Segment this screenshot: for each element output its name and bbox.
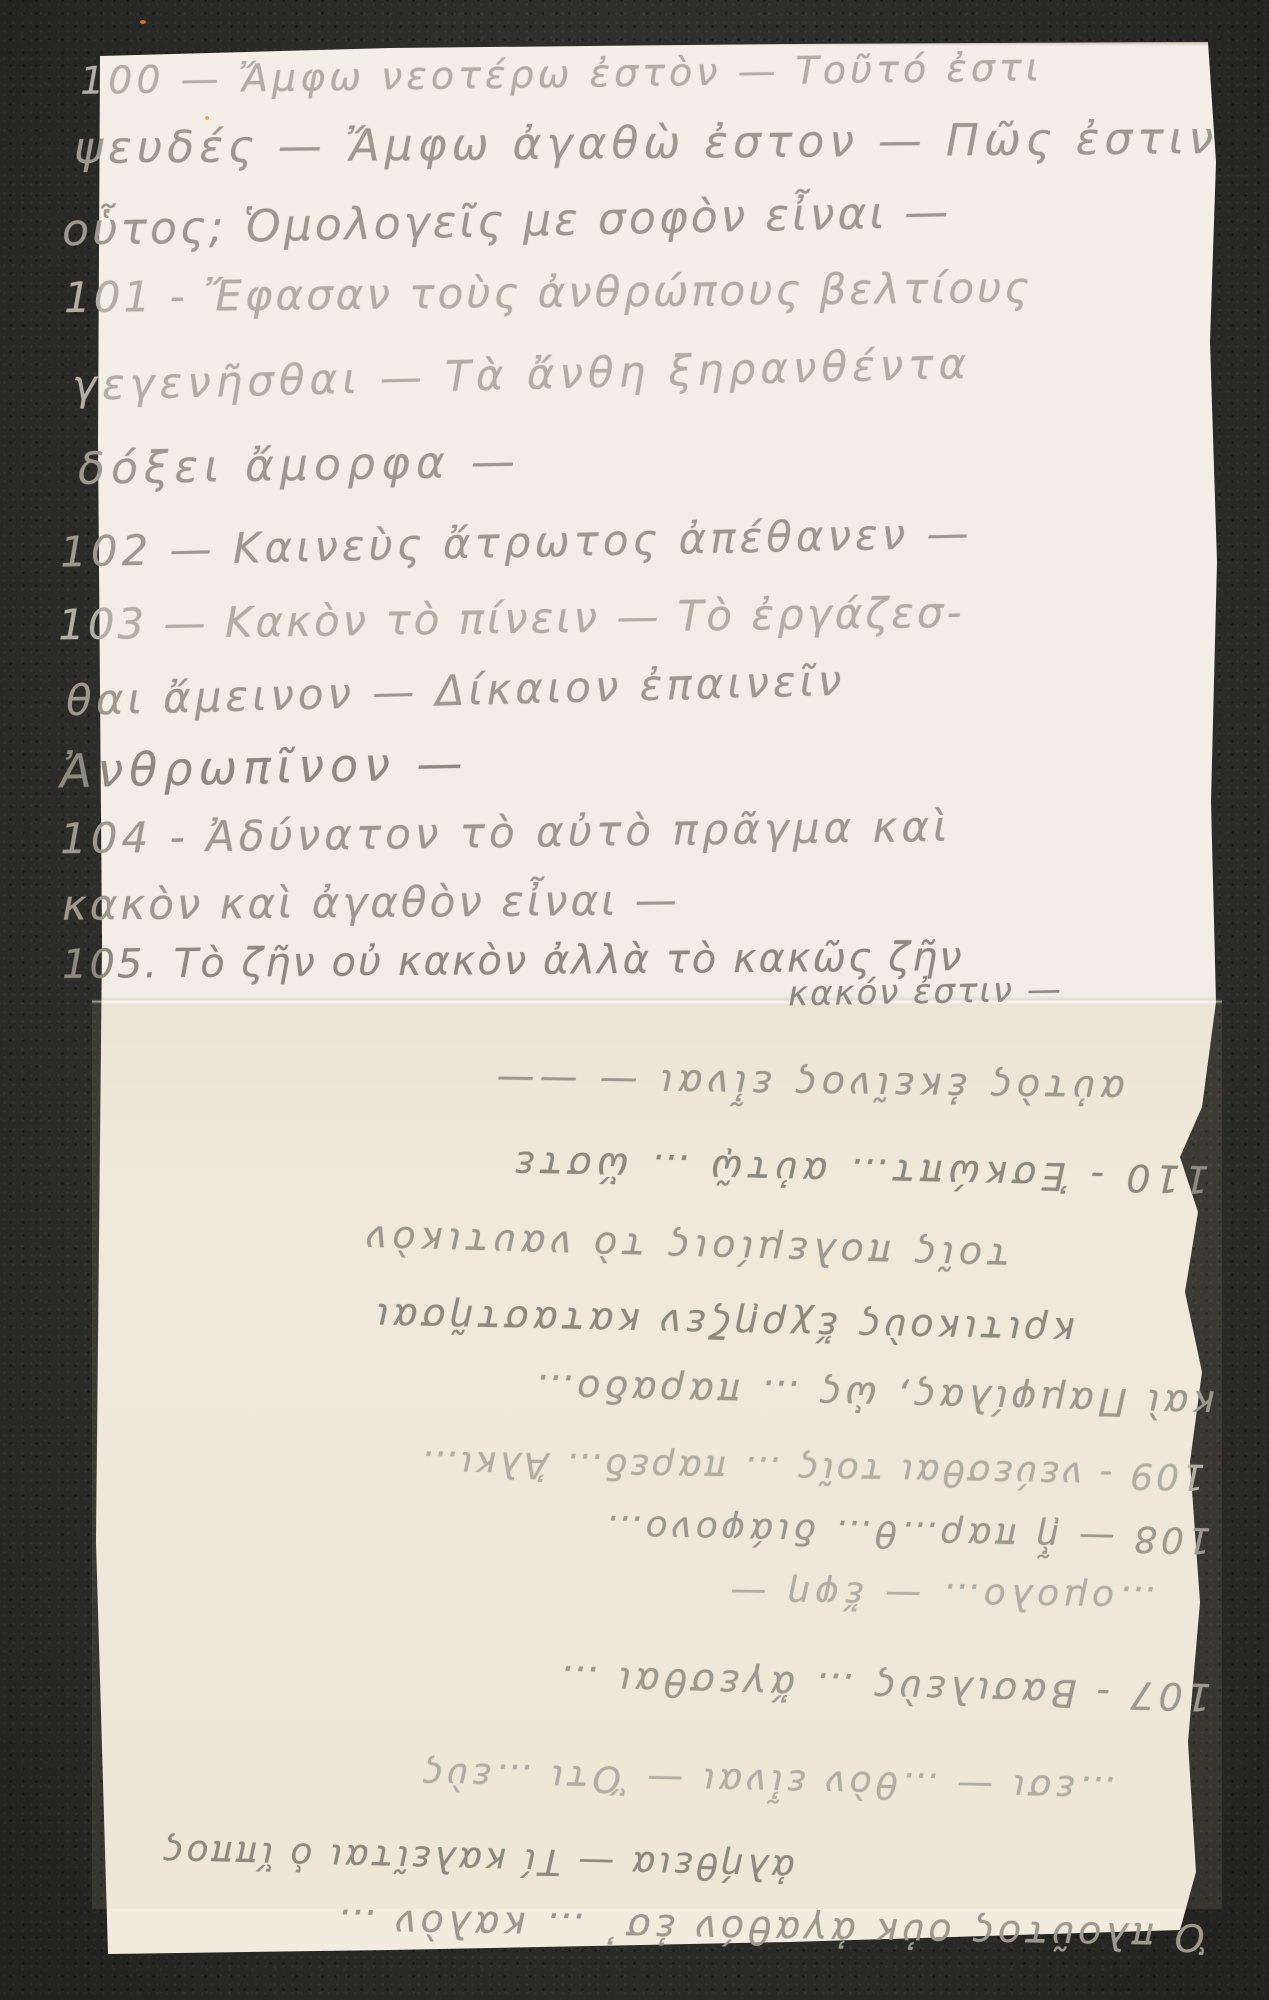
paper-fleck [205, 116, 209, 120]
manuscript-line-rotated: …εσι — …θὸν εἶναι — Ὅτι …εὺς [418, 1754, 1116, 1810]
manuscript-line-rotated: τοῖς πολεμίοις τὸ ναυτικὸν [360, 1217, 1010, 1279]
manuscript-line: ψευδές — Ἄμφω ἀγαθὼ ἐστον — Πῶς ἐστιν [74, 113, 1219, 174]
manuscript-line-rotated: κριτικοὺς ἔχρῃζεν καταστῆσαι [371, 1295, 1075, 1354]
rotated-manuscript-block: Ὁ πλοῦτος οὐκ ἀγαθόν ἐσ᾽ … καλὸν … ἀλήθε… [95, 1002, 1215, 1952]
dust-speck [140, 20, 146, 24]
manuscript-line-rotated: 108 — ᾗ παρ…θ… διάφονο… [601, 1507, 1211, 1561]
manuscript-line: δόξει ἄμορφα — [78, 436, 522, 495]
manuscript-line: κακὸν καὶ ἀγαθὸν εἶναι — [62, 875, 680, 929]
manuscript-line-rotated: αὐτὸς ἐκεῖνος εἶναι — —— [491, 1059, 1125, 1112]
manuscript-line: Ἀνθρωπῖνον — [59, 736, 468, 799]
manuscript-line-rotated: 107 - Βασιλεὺς … ἄγεσθαι … [555, 1657, 1211, 1719]
manuscript-line: 101 - Ἔφασαν τοὺς ἀνθρώπους βελτίους [64, 263, 1032, 322]
manuscript-line-rotated: 109 - νεύεσθαι τοῖς … παρεδ… Ἀλκι… [418, 1442, 1206, 1497]
manuscript-line-rotated: ἀλήθεια — Τί καλεῖται ὁ ἵππος [159, 1831, 796, 1888]
manuscript-line-rotated: Ὁ πλοῦτος οὐκ ἀγαθόν ἐσ᾽ … καλὸν … [333, 1900, 1207, 1959]
manuscript-line-rotated: 110 - Ἐσκώπτ… αὐτῷ … ὥστε [509, 1143, 1210, 1202]
manuscript-line-rotated: …ομολο… — ἔφη — [725, 1572, 1155, 1619]
manuscript-line-rotated: καὶ Παμφίλας, ὡς … παραδο… [531, 1366, 1216, 1427]
photo-background: 100 — Ἄμφω νεοτέρω ἐστὸν — Τοῦτό ἐστι ψε… [0, 0, 1269, 2000]
